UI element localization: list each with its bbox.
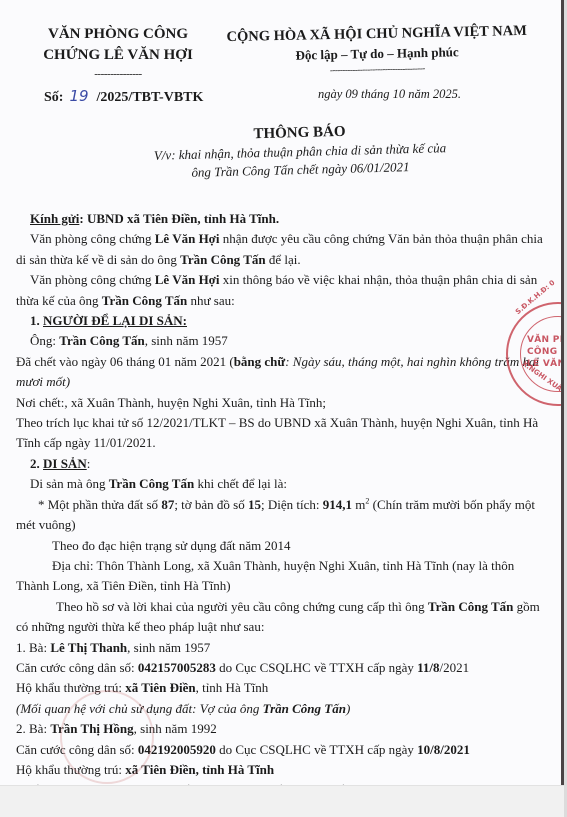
land-parcel: * Một phần thửa đất số 87; tờ bản đồ số … (16, 495, 546, 536)
estate-intro: Di sản mà ông Trần Công Tấn khi chết để … (16, 474, 546, 494)
office-divider: --------------- (38, 68, 198, 80)
death-place: Nơi chết:, xã Xuân Thành, huyện Nghi Xuâ… (16, 393, 546, 413)
viewer-bottom-gap (0, 785, 564, 817)
stamp-line-1: VĂN PH (527, 335, 561, 345)
stamp-line-2: CÔNG C (527, 347, 561, 357)
faint-stamp-mark (60, 690, 154, 784)
section-2-heading: 2. DI SẢN: (16, 454, 546, 474)
heirs-intro: Theo hồ sơ và lời khai của người yêu cầu… (16, 597, 546, 638)
document-number: Số:19/2025/TBT-VBTK (44, 87, 203, 106)
document-viewer: VĂN PHÒNG CÔNG CHỨNG LÊ VĂN HỢI --------… (0, 0, 567, 817)
death-date: Đã chết vào ngày 06 tháng 01 năm 2021 (b… (16, 352, 546, 393)
handwritten-number: 19 (69, 87, 88, 105)
recipient-line: Kính gửi: UBND xã Tiên Điền, tỉnh Hà Tĩn… (16, 209, 546, 229)
intro-paragraph-2: Văn phòng công chứng Lê Văn Hợi xin thôn… (16, 270, 546, 311)
heir-1-name: 1. Bà: Lê Thị Thanh, sinh năm 1957 (16, 638, 546, 658)
intro-paragraph-1: Văn phòng công chứng Lê Văn Hợi nhận đượ… (16, 229, 546, 270)
document-page: VĂN PHÒNG CÔNG CHỨNG LÊ VĂN HỢI --------… (0, 0, 561, 785)
land-address: Địa chỉ: Thôn Thành Long, xã Xuân Thành,… (16, 556, 546, 597)
national-header: CỘNG HÒA XÃ HỘI CHỦ NGHĨA VIỆT NAM Độc l… (222, 21, 533, 77)
office-header: VĂN PHÒNG CÔNG CHỨNG LÊ VĂN HỢI --------… (38, 24, 198, 80)
heir-1-id: Căn cước công dân số: 042157005283 do Cụ… (16, 658, 546, 678)
document-title: THÔNG BÁO V/v: khai nhận, thỏa thuận phâ… (119, 119, 480, 183)
deceased-person: Ông: Trần Công Tấn, sinh năm 1957 (16, 331, 546, 351)
office-name-line2: CHỨNG LÊ VĂN HỢI (38, 45, 198, 66)
document-date: ngày 09 tháng 10 năm 2025. (318, 87, 461, 102)
office-name-line1: VĂN PHÒNG CÔNG (38, 24, 198, 45)
section-1-heading: 1. NGƯỜI ĐỂ LẠI DI SẢN: (16, 311, 546, 331)
death-certificate: Theo trích lục khai tử số 12/2021/TLKT –… (16, 413, 546, 454)
survey-note: Theo đo đạc hiện trạng sử dụng đất năm 2… (16, 536, 546, 556)
